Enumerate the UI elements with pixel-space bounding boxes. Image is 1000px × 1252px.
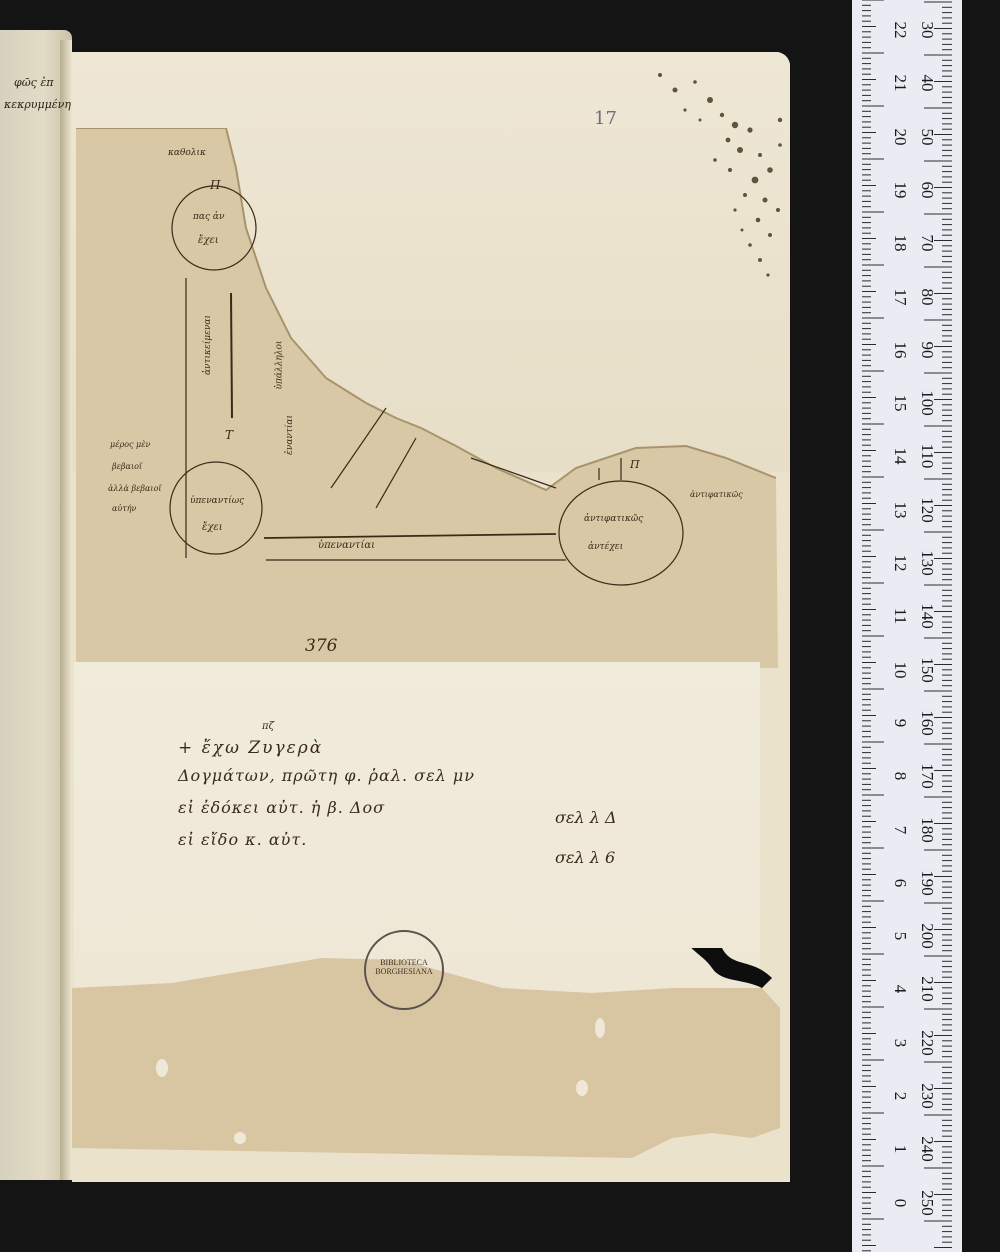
ruler-cm-label: 3 (890, 1023, 910, 1063)
shelf-number: 376 (305, 636, 337, 656)
slip-line-3: εἰ ἐδόκει αὐτ. ἡ β. Δοσ (178, 798, 385, 817)
circle-top-line-2: ἔχει (198, 235, 219, 246)
ruler-mm-label: 120 (917, 490, 937, 530)
facing-leaf-line-1: φῶς ἐπ (4, 72, 74, 94)
ruler-mm-label: 100 (917, 383, 937, 423)
ruler-mm-label: 250 (917, 1183, 937, 1223)
ruler-cm-label: 14 (890, 436, 910, 476)
ruler-cm-label: 1 (890, 1129, 910, 1169)
ruler-mm-label: 210 (917, 969, 937, 1009)
ruler-cm-label: 5 (890, 916, 910, 956)
margin-note-left-3: ἀλλὰ βεβαιοῖ (108, 484, 162, 493)
ruler-cm-label: 0 (890, 1183, 910, 1223)
margin-note-left-1: μέρος μὲν (110, 440, 150, 449)
ruler-mm-label: 240 (917, 1129, 937, 1169)
ruler-mm-label: 170 (917, 756, 937, 796)
ruler-cm-label: 17 (890, 277, 910, 317)
leaf-spine-edge (60, 40, 72, 1180)
circle-left-line-1: ὑπεναντίως (190, 496, 244, 506)
ruler-mm-label: 220 (917, 1023, 937, 1063)
diagram-mid-label-1: ὑπάλληλοι (274, 341, 284, 390)
facing-leaf-line-2: κεκρυμμένη (4, 94, 74, 116)
ruler-mm-label: 150 (917, 650, 937, 690)
slip-right-column-2: σελ λ 6 (555, 848, 615, 867)
ruler-mm-label: 30 (917, 10, 937, 50)
circle-right-line-1: ἀντιφατικῶς (584, 514, 643, 524)
circle-right-mark: Π (630, 458, 640, 471)
circle-top-line-1: πας ἀν (193, 212, 224, 222)
ruler-mm-label: 190 (917, 863, 937, 903)
circle-right-line-2: ἀντέχει (588, 542, 623, 552)
margin-note-left-4: αὐτήν (112, 504, 136, 513)
ruler-cm-label: 15 (890, 383, 910, 423)
slip-right-column-1: σελ λ Δ (555, 808, 617, 827)
circle-top-mark: Π (210, 178, 220, 192)
ruler-mm-label: 130 (917, 543, 937, 583)
circle-left-line-2: ἔχει (202, 522, 223, 533)
ruler-mm-label: 90 (917, 330, 937, 370)
diagram-mid-label-2: ἐναντίαι (285, 415, 295, 455)
diagram-top-label: καθολικ (168, 148, 206, 158)
ruler-cm-label: 4 (890, 969, 910, 1009)
folio-number: 17 (594, 108, 617, 129)
ruler-cm-label: 16 (890, 330, 910, 370)
slip-line-1: + ἔχω Ζυγερὰ (178, 738, 323, 758)
diagram-t-mark: Τ (225, 428, 233, 442)
ruler-cm-label: 21 (890, 63, 910, 103)
ruler-mm-label: 230 (917, 1076, 937, 1116)
ruler-cm-label: 22 (890, 10, 910, 50)
torn-diagram-fragment (76, 128, 778, 668)
slip-line-4: εἰ εἴδο κ. αὐτ. (178, 830, 307, 849)
ruler-cm-label: 11 (890, 596, 910, 636)
ruler-cm-label: 20 (890, 117, 910, 157)
ruler-mm-label: 80 (917, 277, 937, 317)
ruler-cm-label: 6 (890, 863, 910, 903)
ruler-cm-label: 9 (890, 703, 910, 743)
library-stamp-text: BIBLIOTECA BORGHESIANA (364, 958, 444, 976)
margin-note-right: ἀντιφατικῶς (690, 490, 743, 499)
ruler-labels: 2221201918171615141312111098765432103040… (852, 0, 962, 1252)
ruler-mm-label: 110 (917, 436, 937, 476)
margin-note-left-2: βεβαιοῖ (112, 462, 142, 471)
ruler-cm-label: 2 (890, 1076, 910, 1116)
diagram-bottom-label: ὑπεναντίαι (318, 540, 375, 551)
ruler-cm-label: 10 (890, 650, 910, 690)
ruler-mm-label: 60 (917, 170, 937, 210)
ruler-mm-label: 200 (917, 916, 937, 956)
ruler-cm-label: 12 (890, 543, 910, 583)
ruler-mm-label: 70 (917, 223, 937, 263)
ruler-mm-label: 140 (917, 596, 937, 636)
ruler-cm-label: 18 (890, 223, 910, 263)
diagram-left-vertical-label: ἀντικείμεναι (203, 315, 213, 375)
ruler-mm-label: 40 (917, 63, 937, 103)
ruler-mm-label: 50 (917, 117, 937, 157)
ruler-cm-label: 13 (890, 490, 910, 530)
ruler-mm-label: 160 (917, 703, 937, 743)
slip-line-2: Δογμάτων, πρῶτη φ. ῥαλ. σελ μν (178, 766, 475, 785)
ruler-mm-label: 180 (917, 810, 937, 850)
ruler-cm-label: 7 (890, 810, 910, 850)
ruler-cm-label: 19 (890, 170, 910, 210)
ruler-cm-label: 8 (890, 756, 910, 796)
facing-leaf-text: φῶς ἐπ κεκρυμμένη (4, 72, 74, 116)
slip-superscript-1: πζ (262, 721, 274, 732)
